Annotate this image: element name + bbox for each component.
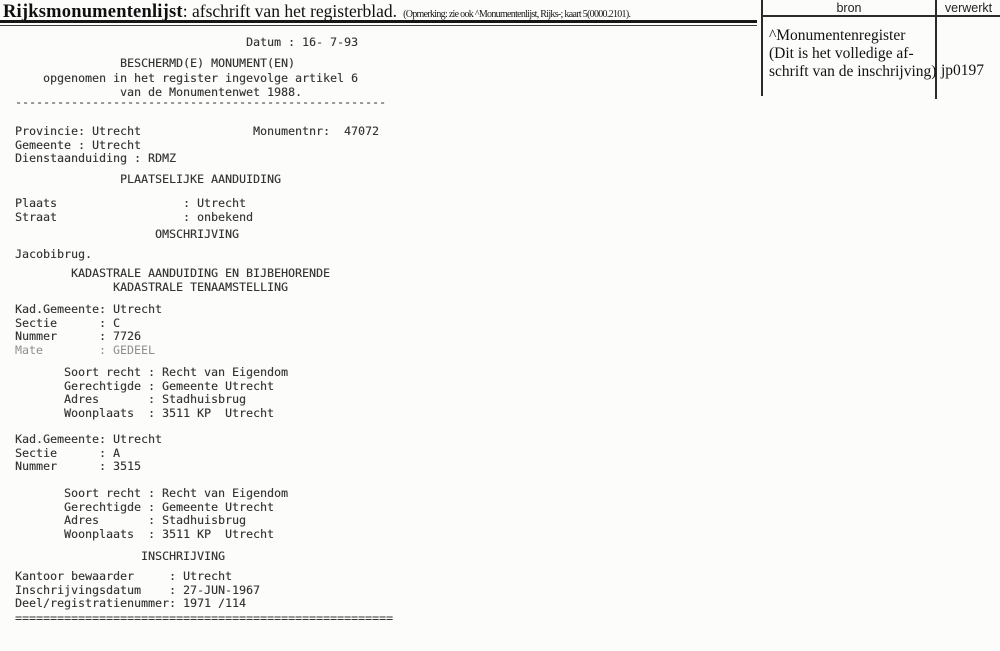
inschrijving-block: Kantoor bewaarder : UtrechtInschrijvings… bbox=[15, 570, 260, 611]
text-line: Kad.Gemeente: Utrecht bbox=[15, 433, 162, 447]
document-body: Datum : 16- 7-93 BESCHERMD(E) MONUMENT(E… bbox=[0, 0, 1000, 651]
text-line: Dienstaanduiding : RDMZ bbox=[15, 152, 379, 166]
text-line: Straat : onbekend bbox=[15, 211, 253, 225]
omschrijving-heading: OMSCHRIJVING bbox=[15, 228, 239, 242]
text-line: Sectie : A bbox=[15, 447, 162, 461]
text-line: Soort recht : Recht van Eigendom bbox=[15, 366, 288, 380]
dashed-separator: ----------------------------------------… bbox=[15, 96, 386, 110]
text-line: PLAATSELIJKE AANDUIDING bbox=[15, 173, 281, 187]
text-line: Adres : Stadhuisbrug bbox=[15, 393, 288, 407]
text-line: Jacobibrug. bbox=[15, 248, 92, 262]
text-line: Woonplaats : 3511 KP Utrecht bbox=[15, 407, 288, 421]
text-line: OMSCHRIJVING bbox=[15, 228, 239, 242]
text-line: ----------------------------------------… bbox=[15, 96, 386, 110]
text-line: Adres : Stadhuisbrug bbox=[15, 514, 288, 528]
text-line: KADASTRALE AANDUIDING EN BIJBEHORENDE bbox=[15, 266, 330, 280]
text-line: Sectie : C bbox=[15, 317, 162, 331]
text-line: Woonplaats : 3511 KP Utrecht bbox=[15, 528, 288, 542]
text-line: KADASTRALE TENAAMSTELLING bbox=[15, 280, 330, 294]
recht-block-1: Soort recht : Recht van Eigendom Gerecht… bbox=[15, 366, 288, 420]
date-line: Datum : 16- 7-93 bbox=[15, 36, 358, 50]
text-line: Gemeente : Utrecht bbox=[15, 139, 379, 153]
omschrijving-value: Jacobibrug. bbox=[15, 248, 92, 262]
text-line: Deel/registratienummer: 1971 /114 bbox=[15, 597, 260, 611]
recht-block-2: Soort recht : Recht van Eigendom Gerecht… bbox=[15, 487, 288, 541]
text-line: Inschrijvingsdatum : 27-JUN-1967 bbox=[15, 584, 260, 598]
kadaster-block-2: Kad.Gemeente: UtrechtSectie : ANummer : … bbox=[15, 433, 162, 474]
double-rule: ========================================… bbox=[15, 612, 393, 626]
province-block: Provincie: Utrecht Monumentnr: 47072Geme… bbox=[15, 125, 379, 166]
text-line: BESCHERMD(E) MONUMENT(EN) bbox=[15, 56, 358, 71]
kadaster-block-1: Kad.Gemeente: UtrechtSectie : CNummer : … bbox=[15, 303, 162, 357]
text-line: Provincie: Utrecht Monumentnr: 47072 bbox=[15, 125, 379, 139]
kadastrale-heading: KADASTRALE AANDUIDING EN BIJBEHORENDE KA… bbox=[15, 266, 330, 294]
text-line: Datum : 16- 7-93 bbox=[15, 36, 358, 50]
text-line: Nummer : 7726 bbox=[15, 330, 162, 344]
text-line: Gerechtigde : Gemeente Utrecht bbox=[15, 501, 288, 515]
plaatselijke-aanduiding-heading: PLAATSELIJKE AANDUIDING bbox=[15, 173, 281, 187]
protected-monument-heading: BESCHERMD(E) MONUMENT(EN) opgenomen in h… bbox=[15, 56, 358, 100]
text-line: INSCHRIJVING bbox=[15, 550, 225, 564]
text-line: Soort recht : Recht van Eigendom bbox=[15, 487, 288, 501]
text-line: Plaats : Utrecht bbox=[15, 197, 253, 211]
plaats-straat-block: Plaats : UtrechtStraat : onbekend bbox=[15, 197, 253, 224]
text-line: Kantoor bewaarder : Utrecht bbox=[15, 570, 260, 584]
inschrijving-heading: INSCHRIJVING bbox=[15, 550, 225, 564]
text-line: Kad.Gemeente: Utrecht bbox=[15, 303, 162, 317]
text-line: Gerechtigde : Gemeente Utrecht bbox=[15, 380, 288, 394]
text-line: Nummer : 3515 bbox=[15, 460, 162, 474]
text-line: opgenomen in het register ingevolge arti… bbox=[15, 71, 358, 86]
text-line: ========================================… bbox=[15, 612, 393, 626]
text-line: Mate : GEDEEL bbox=[15, 344, 162, 358]
